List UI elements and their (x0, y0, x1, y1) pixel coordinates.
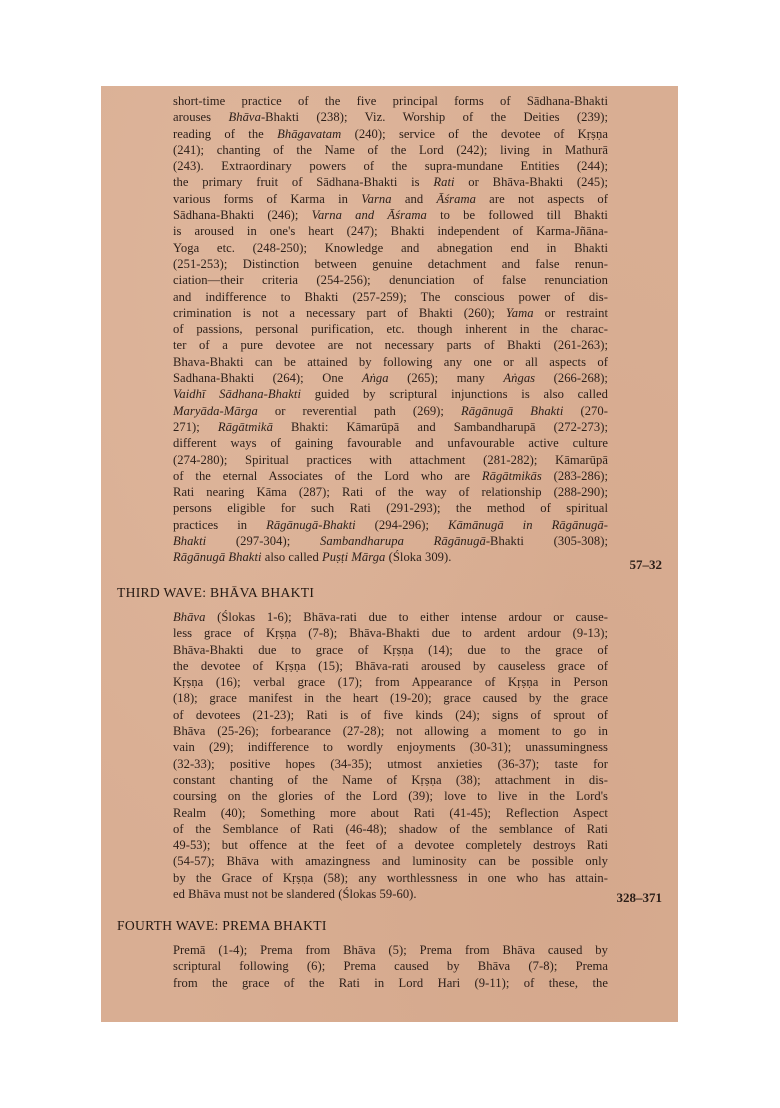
text-line: Vaidhī Sādhana-Bhakti guided by scriptur… (173, 386, 608, 402)
text-line: is aroused in one's heart (247); Bhakti … (173, 223, 608, 239)
text-line: 271); Rāgātmikā Bhakti: Kāmarūpā and Sam… (173, 419, 608, 435)
page-range-second-wave: 57–32 (630, 557, 663, 573)
text-line: Rati nearing Kāma (287); Rati of the way… (173, 484, 608, 500)
text-line: from the grace of the Rati in Lord Hari … (173, 975, 608, 991)
section-heading-fourth-wave: FOURTH WAVE: PREMA BHAKTI (117, 918, 327, 934)
text-line: (241); chanting of the Name of the Lord … (173, 142, 608, 158)
text-line: persons eligible for such Rati (291-293)… (173, 500, 608, 516)
text-line: Realm (40); Something more about Rati (4… (173, 805, 608, 821)
text-line: reading of the Bhāgavatam (240); service… (173, 126, 608, 142)
text-line: constant chanting of the Name of Kṛṣṇa (… (173, 772, 608, 788)
text-line: (251-253); Distinction between genuine d… (173, 256, 608, 272)
text-line: coursing on the glories of the Lord (39)… (173, 788, 608, 804)
text-line: Kṛṣṇa (16); verbal grace (17); from Appe… (173, 674, 608, 690)
text-line: Bhāva (25-26); forbearance (27-28); not … (173, 723, 608, 739)
text-line: ter of a pure devotee are not necessary … (173, 337, 608, 353)
text-line: of the eternal Associates of the Lord wh… (173, 468, 608, 484)
text-line: different ways of gaining favourable and… (173, 435, 608, 451)
text-line: less grace of Kṛṣṇa (7-8); Bhāva-Bhakti … (173, 625, 608, 641)
fourth-wave-contents-entry: Premā (1-4); Prema from Bhāva (5); Prema… (173, 942, 608, 991)
text-line: (18); grace manifest in the heart (19-20… (173, 690, 608, 706)
text-line: scriptural following (6); Prema caused b… (173, 958, 608, 974)
text-line: ciation—their criteria (254-256); denunc… (173, 272, 608, 288)
text-line: ed Bhāva must not be slandered (Ślokas 5… (173, 886, 608, 902)
text-line: Sādhana-Bhakti (246); Varna and Āśrama t… (173, 207, 608, 223)
text-line: of devotees (21-23); Rati is of five kin… (173, 707, 608, 723)
text-line: short-time practice of the five principa… (173, 93, 608, 109)
text-line: (274-280); Spiritual practices with atta… (173, 452, 608, 468)
third-wave-contents-entry: Bhāva (Ślokas 1-6); Bhāva-rati due to ei… (173, 609, 608, 902)
text-line: Rāgānugā Bhakti also called Puṣṭi Mārga … (173, 549, 608, 565)
scanned-book-page: short-time practice of the five principa… (101, 86, 678, 1022)
text-line: Bhāva-Bhakti due to grace of Kṛṣṇa (14);… (173, 642, 608, 658)
text-line: arouses Bhāva-Bhakti (238); Viz. Worship… (173, 109, 608, 125)
text-line: Bhāva (Ślokas 1-6); Bhāva-rati due to ei… (173, 609, 608, 625)
text-line: the devotee of Kṛṣṇa (15); Bhāva-rati ar… (173, 658, 608, 674)
text-line: Sadhana-Bhakti (264); One Aṅga (265); ma… (173, 370, 608, 386)
text-line: Bhakti (297-304); Sambandharupa Rāgānugā… (173, 533, 608, 549)
page-range-third-wave: 328–371 (617, 890, 663, 906)
text-line: of the Semblance of Rati (46-48); shadow… (173, 821, 608, 837)
text-line: Maryāda-Mārga or reverential path (269);… (173, 403, 608, 419)
section-heading-third-wave: THIRD WAVE: BHĀVA BHAKTI (117, 585, 314, 601)
text-line: (32-33); positive hopes (34-35); utmost … (173, 756, 608, 772)
text-line: (243). Extraordinary powers of the supra… (173, 158, 608, 174)
text-line: (54-57); Bhāva with amazingness and lumi… (173, 853, 608, 869)
text-line: Premā (1-4); Prema from Bhāva (5); Prema… (173, 942, 608, 958)
text-line: practices in Rāgānugā-Bhakti (294-296); … (173, 517, 608, 533)
text-line: various forms of Karma in Varna and Āśra… (173, 191, 608, 207)
text-line: the primary fruit of Sādhana-Bhakti is R… (173, 174, 608, 190)
text-line: by the Grace of Kṛṣṇa (58); any worthles… (173, 870, 608, 886)
text-line: Yoga etc. (248-250); Knowledge and abneg… (173, 240, 608, 256)
second-wave-contents-entry: short-time practice of the five principa… (173, 93, 608, 566)
text-line: crimination is not a necessary part of B… (173, 305, 608, 321)
text-line: 49-53); but offence at the feet of a dev… (173, 837, 608, 853)
text-line: Bhava-Bhakti can be attained by followin… (173, 354, 608, 370)
text-line: of passions, personal purification, etc.… (173, 321, 608, 337)
text-line: and indifference to Bhakti (257-259); Th… (173, 289, 608, 305)
text-line: vain (29); indifference to wordly enjoym… (173, 739, 608, 755)
